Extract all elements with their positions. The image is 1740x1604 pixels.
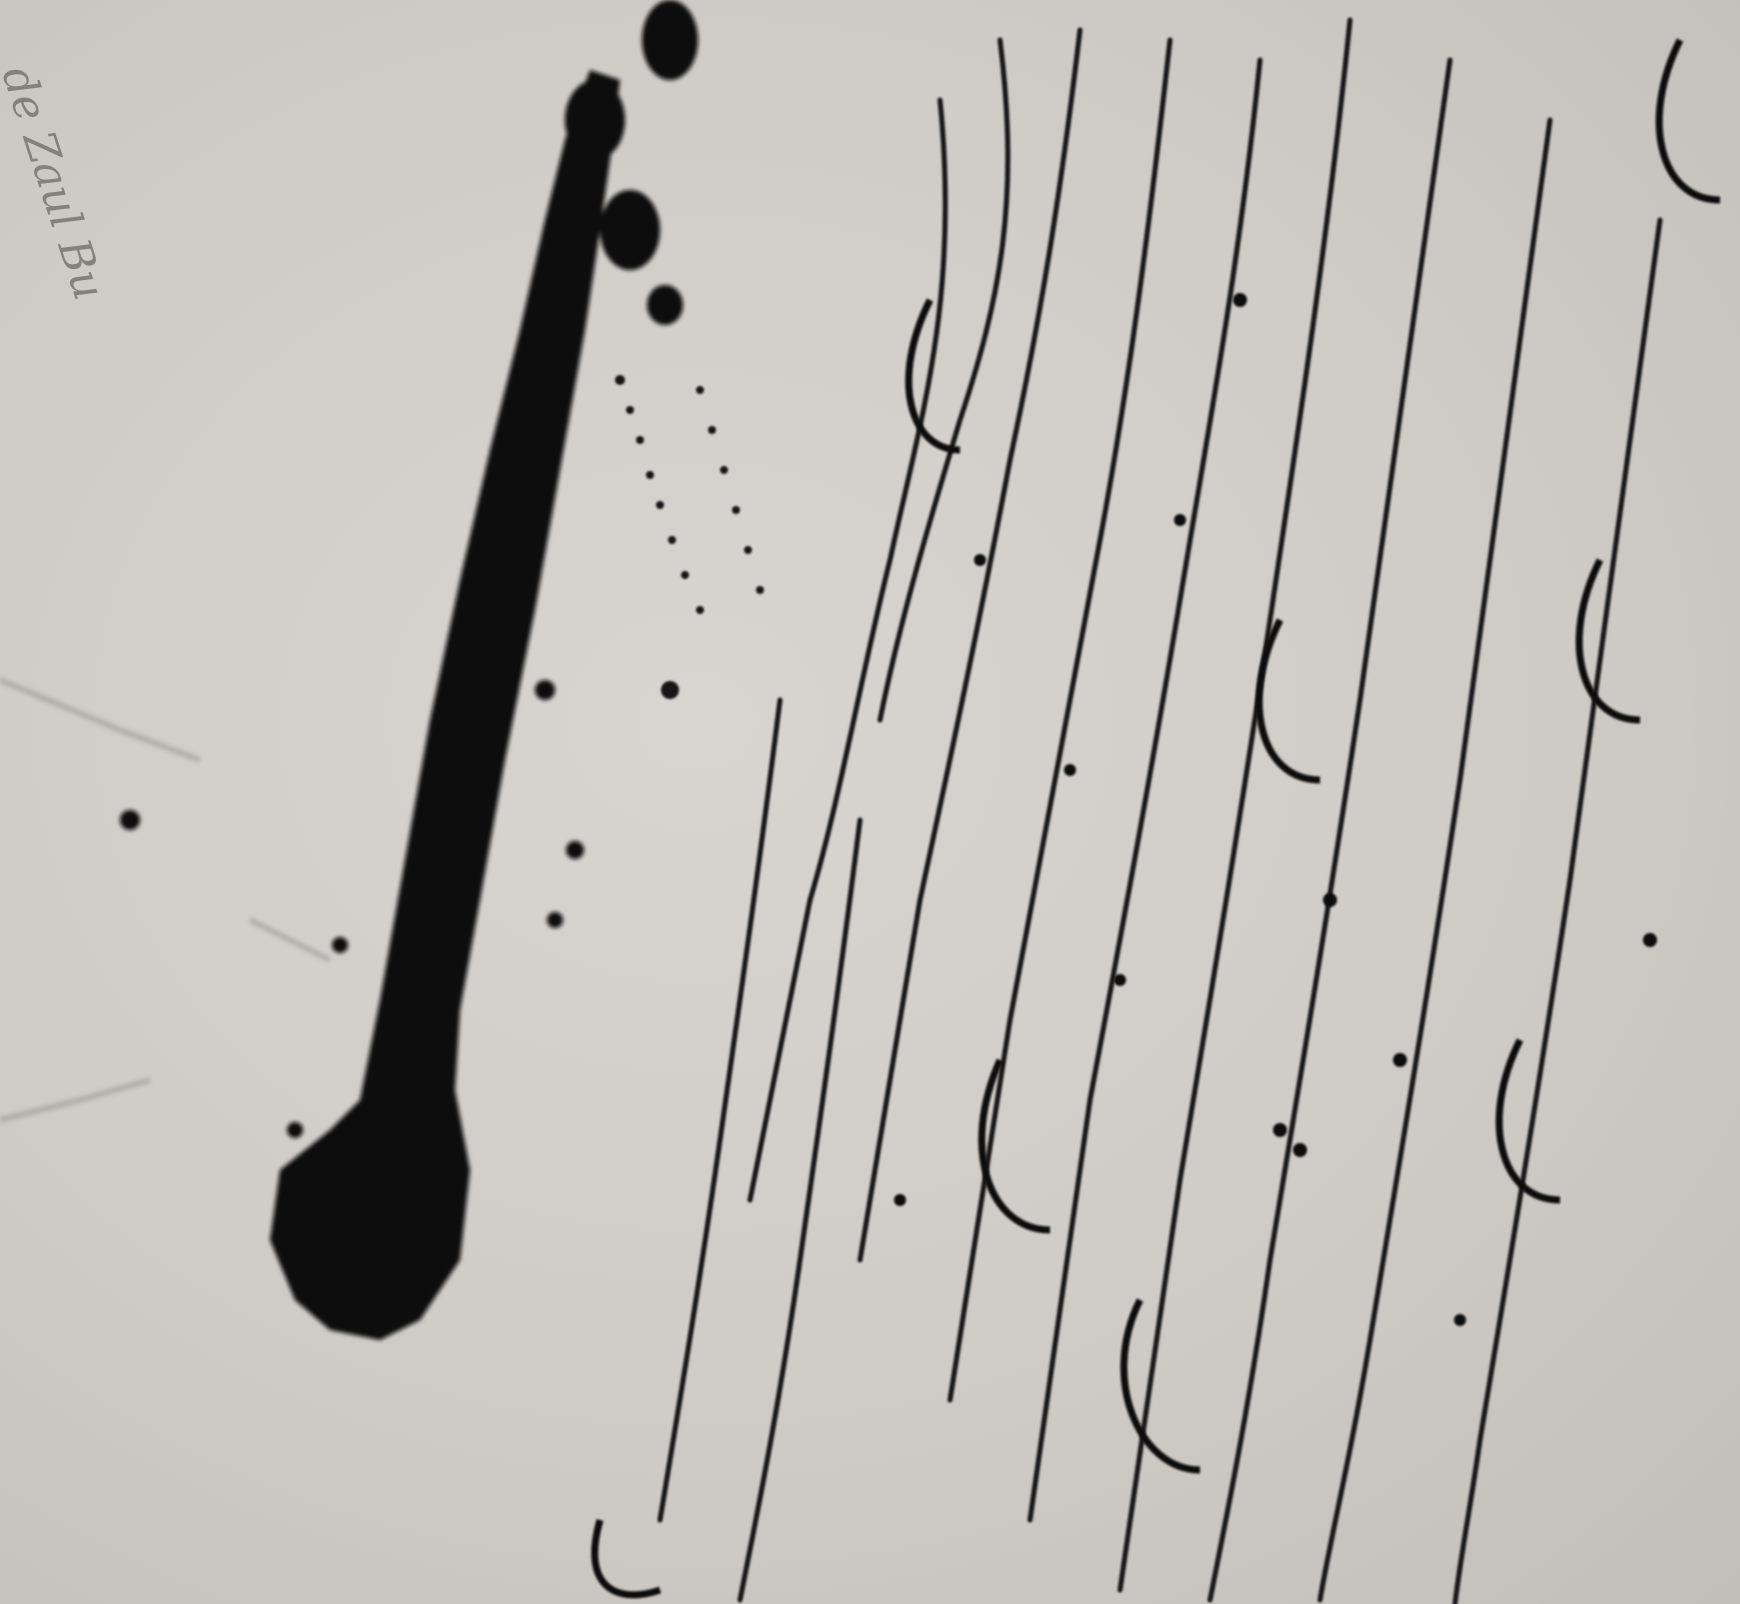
manuscript-page: de Zaul Bu bbox=[0, 0, 1740, 1604]
script-lines bbox=[660, 20, 1660, 1604]
calligraphic-alif-stroke bbox=[120, 0, 698, 1340]
dotted-ink-trail bbox=[615, 375, 764, 699]
diacritic-dots bbox=[894, 293, 1657, 1326]
faint-smudges bbox=[0, 680, 330, 1120]
manuscript-artwork bbox=[0, 0, 1740, 1604]
